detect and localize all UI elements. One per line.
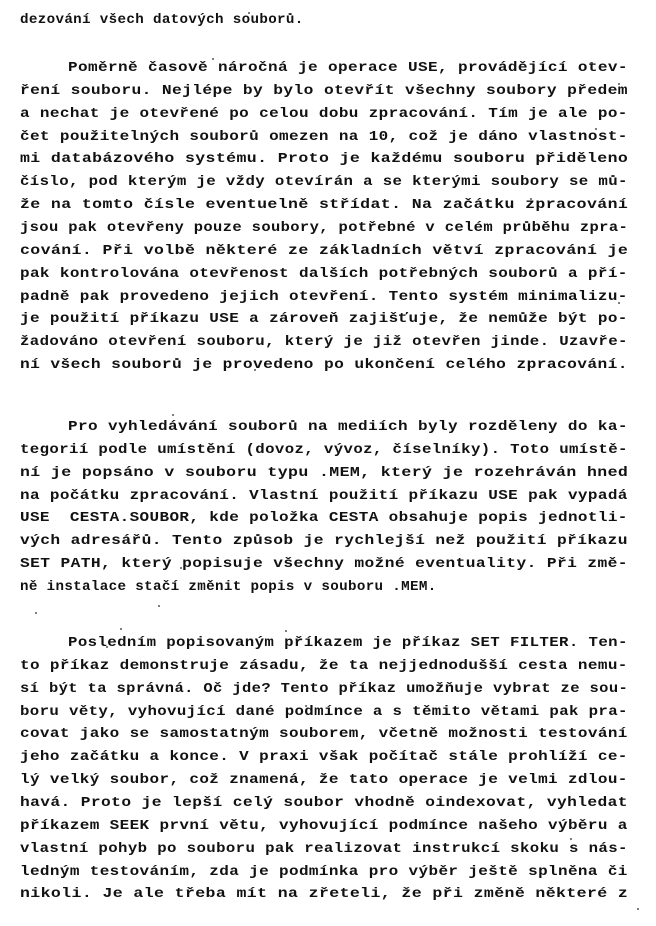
text-line: pak kontrolována otevřenost dalších potř… — [20, 265, 628, 283]
text-line: nikoli. Je ale třeba mít na zřeteli, že … — [20, 885, 628, 903]
scan-speck — [515, 640, 517, 642]
scan-speck — [590, 62, 592, 64]
scan-speck — [254, 369, 256, 371]
scan-speck — [172, 414, 174, 416]
scan-speck — [595, 128, 597, 130]
text-line: žadováno otevření souboru, který je již … — [20, 333, 628, 351]
scan-speck — [285, 630, 287, 632]
text-line: číslo, pod kterým je vždy otevírán a se … — [20, 173, 628, 191]
text-line: vlastní pohyb po souboru pak realizovat … — [20, 840, 628, 858]
text-line: USE CESTA.SOUBOR, kde položka CESTA obsa… — [20, 509, 628, 527]
text-line: Posledním popisovaným příkazem je příkaz… — [68, 634, 628, 652]
text-line: havá. Proto je lepší celý soubor vhodně … — [20, 794, 628, 812]
scan-speck — [158, 605, 160, 607]
text-line: je použití příkazu USE a zároveň zajišťu… — [20, 310, 628, 328]
text-line: jsou pak otevřeny pouze soubory, potřebn… — [20, 219, 628, 237]
scan-speck — [570, 838, 572, 840]
text-line: na počátku zpracování. Vlastní použití p… — [20, 487, 628, 505]
text-line: mi databázového systému. Proto je každém… — [20, 150, 628, 168]
text-line: sí být ta správná. Oč jde? Tento příkaz … — [20, 680, 628, 698]
scan-speck — [248, 12, 250, 14]
scan-speck — [618, 83, 620, 85]
text-line: a nechat je otevřené po celou dobu zprac… — [20, 105, 628, 123]
text-line: covat jako se samostatným souborem, včet… — [20, 725, 628, 743]
text-line: ní všech souborů je provedeno po ukončen… — [20, 356, 628, 374]
scan-speck — [258, 427, 260, 429]
text-line: jeho začátku a konce. V praxi však počít… — [20, 748, 628, 766]
text-line: padně pak provedeno jejich otevření. Ten… — [20, 288, 628, 306]
text-line: Pro vyhledávání souborů na mediích byly … — [68, 418, 628, 436]
text-line: dezování všech datových souborů. — [20, 11, 304, 29]
text-line: příkazem SEEK první větu, vyhovující pod… — [20, 817, 628, 835]
text-line: Poměrně časově náročná je operace USE, p… — [68, 59, 628, 77]
text-line: ní je popsáno v souboru typu .MEM, který… — [20, 464, 628, 482]
scan-speck — [530, 198, 532, 200]
text-line: lý velký soubor, což znamená, že tato op… — [20, 771, 628, 789]
scan-speck — [180, 567, 182, 569]
text-line: boru věty, vyhovující dané podmínce a s … — [20, 703, 628, 721]
typewritten-page: dezování všech datových souborů.Poměrně … — [0, 0, 656, 926]
text-line: ně instalace stačí změnit popis v soubor… — [20, 578, 437, 596]
scan-speck — [618, 302, 620, 304]
scan-speck — [212, 58, 214, 60]
scan-speck — [637, 908, 639, 910]
scan-speck — [305, 705, 307, 707]
text-line: to příkaz demonstruje zásadu, že ta nejj… — [20, 657, 628, 675]
text-line: vých adresářů. Tento způsob je rychlejší… — [20, 532, 628, 550]
scan-speck — [35, 612, 37, 614]
text-line: SET PATH, který popisuje všechny možné e… — [20, 555, 628, 573]
text-line: cování. Při volbě některé ze základních … — [20, 242, 628, 260]
scan-speck — [106, 646, 108, 648]
scan-speck — [120, 628, 122, 630]
text-line: tegorií podle umístění (dovoz, vývoz, čí… — [20, 441, 628, 459]
text-line: ření souboru. Nejlépe by bylo otevřít vš… — [20, 82, 628, 100]
text-line: ledným testováním, zda je podmínka pro v… — [20, 863, 628, 881]
text-line: že na tomto čísle eventuelně střídat. Na… — [20, 196, 628, 214]
text-line: čet použitelných souborů omezen na 10, c… — [20, 128, 628, 146]
